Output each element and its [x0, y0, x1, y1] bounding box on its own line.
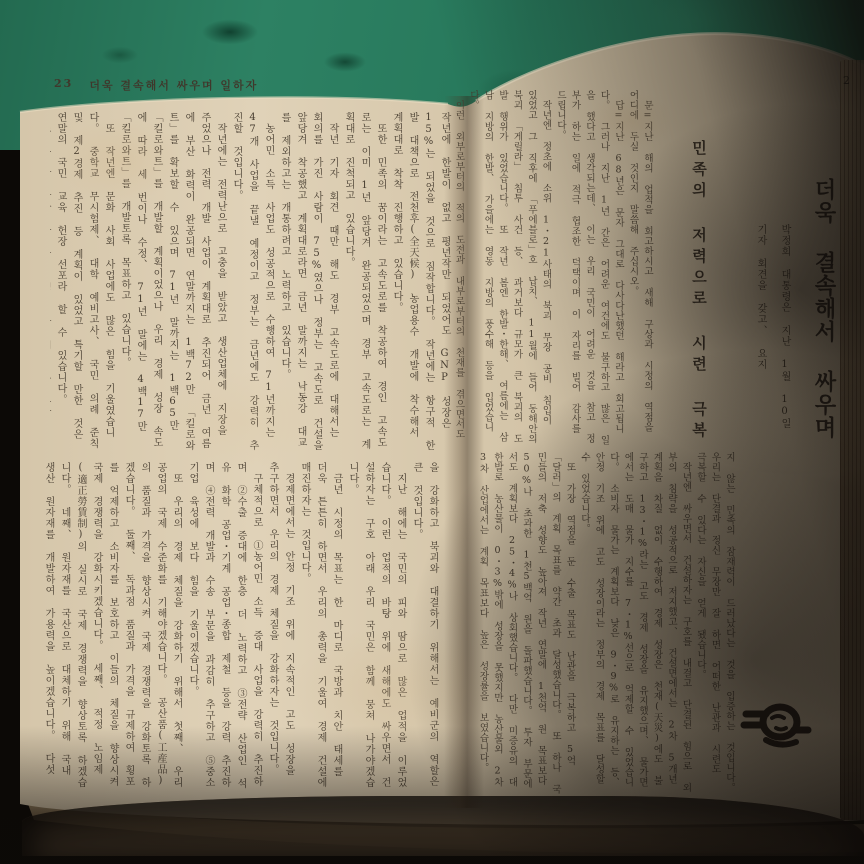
- article-byline: 박정희 대통령은 지난 1월 10일 기자 회견을 갖고、 요지 다음과 같은 …: [750, 224, 796, 446]
- page-stack-bottom-edge: [22, 796, 864, 856]
- left-page-text-lower: 을 강화하고 북괴와 대결하기 위해서는 예비군의 역할은 큰 것입니다。 지난…: [42, 462, 440, 796]
- photo-of-open-book: 23 더욱 결속해서 싸우며 일하자 작년에 한발이 없고 평년작만 되었어도 …: [0, 0, 864, 864]
- rooster-ink-stamp-icon: [736, 680, 812, 756]
- article-title: 더욱 결속해서 싸우며 일하자: [806, 178, 842, 488]
- page-stack-right-edge: [840, 60, 864, 820]
- right-page-number-partial: 2: [843, 74, 850, 87]
- section-heading: 민족의 저력으로 시련 극복: [686, 140, 712, 452]
- left-page-running-header: 23 더욱 결속해서 싸우며 일하자: [54, 77, 258, 93]
- left-page-text-upper: 작년에 한발이 없고 평년작만 되었어도 GNP 성장은 15%는 되었을 것으…: [50, 112, 452, 458]
- right-page-text-upper: 문=지난 해의 업적을 회고하시고 새해 구상과 시정의 역점을 어디에 두실 …: [452, 90, 654, 446]
- page-number: 23: [54, 77, 73, 93]
- right-page-text-lower: 지 않는 민족의 잠재력이 드러났다는 것을 입증하는 것입니다。 우리는 단결…: [446, 452, 736, 794]
- running-title: 더욱 결속해서 싸우며 일하자: [89, 77, 258, 93]
